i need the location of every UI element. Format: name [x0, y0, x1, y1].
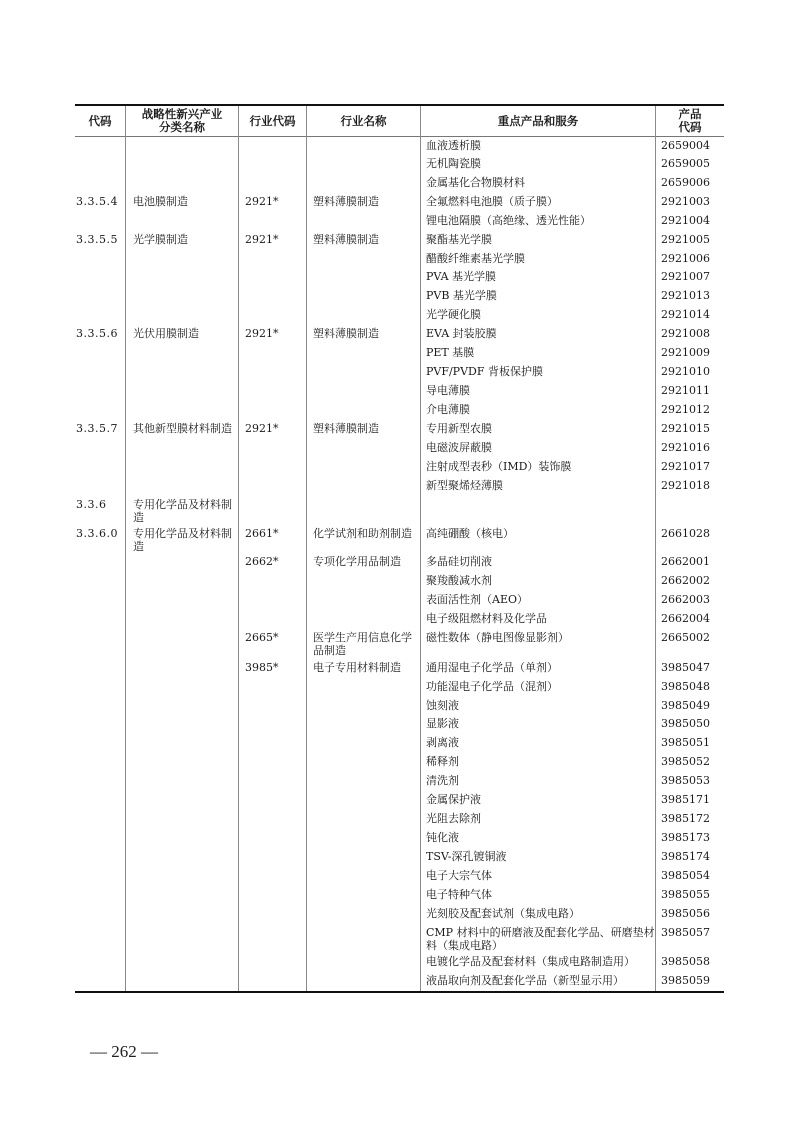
header-bottom-rule [75, 136, 724, 137]
row-product: 专用新型农膜 [426, 423, 658, 436]
row-product-code: 3985055 [661, 889, 721, 902]
row-product: 全氟燃料电池膜（质子膜） [426, 196, 658, 209]
header-industry-code: 行业代码 [239, 106, 306, 136]
row-product: 显影液 [426, 718, 658, 731]
row-product: 聚酯基光学膜 [426, 234, 658, 247]
row-category: 光学膜制造 [133, 234, 241, 247]
row-product: 通用湿电子化学品（单剂） [426, 662, 658, 675]
row-product: 无机陶瓷膜 [426, 158, 658, 171]
row-product: 稀释剂 [426, 756, 658, 769]
row-product-code: 2659006 [661, 177, 721, 190]
row-product-code: 3985049 [661, 700, 721, 713]
header-label-line: 代码 [679, 121, 702, 134]
row-product-code: 2661028 [661, 528, 721, 541]
row-product: 清洗剂 [426, 775, 658, 788]
row-product-code: 2921006 [661, 253, 721, 266]
row-product: 电子大宗气体 [426, 870, 658, 883]
column-divider [125, 106, 126, 991]
row-industry-name: 化学试剂和助剂制造 [313, 528, 421, 541]
row-industry-name: 塑料薄膜制造 [313, 423, 421, 436]
row-product-code: 2921011 [661, 385, 721, 398]
row-industry-code: 2661* [245, 528, 305, 541]
row-industry-code: 2662* [245, 556, 305, 569]
row-industry-code: 2921* [245, 234, 305, 247]
row-product-code: 2921017 [661, 461, 721, 474]
row-product: EVA 封装胶膜 [426, 328, 658, 341]
row-product-code: 2921005 [661, 234, 721, 247]
row-product: 电子级阻燃材料及化学品 [426, 613, 658, 626]
row-product-code: 2921013 [661, 290, 721, 303]
header-label: 重点产品和服务 [498, 115, 579, 128]
row-product-code: 3985048 [661, 681, 721, 694]
row-product-code: 2921008 [661, 328, 721, 341]
row-product-code: 2659005 [661, 158, 721, 171]
header-category: 战略性新兴产业 分类名称 [126, 106, 238, 136]
row-product-code: 3985051 [661, 737, 721, 750]
row-product-code: 2921012 [661, 404, 721, 417]
row-product: 光刻胶及配套试剂（集成电路） [426, 908, 658, 921]
column-divider [306, 106, 307, 991]
row-code: 3.3.5.5 [76, 234, 124, 247]
row-product-code: 3985171 [661, 794, 721, 807]
row-product: 注射成型表秒（IMD）装饰膜 [426, 461, 658, 474]
row-product-code: 2665002 [661, 632, 721, 645]
row-product-code: 2659004 [661, 140, 721, 153]
row-product: 多晶硅切削液 [426, 556, 658, 569]
row-category: 其他新型膜材料制造 [133, 423, 241, 436]
row-product-code: 3985054 [661, 870, 721, 883]
row-product: 介电薄膜 [426, 404, 658, 417]
document-page: 代码 战略性新兴产业 分类名称 行业代码 行业名称 重点产品和服务 产品 代码 … [0, 0, 793, 1122]
row-product-code: 2662003 [661, 594, 721, 607]
row-product: 高纯硼酸（核电） [426, 528, 658, 541]
row-product: 锂电池隔膜（高绝缘、透光性能） [426, 215, 658, 228]
row-industry-name: 医学生产用信息化学品制造 [313, 632, 421, 657]
row-industry-code: 2921* [245, 423, 305, 436]
row-product: PET 基膜 [426, 347, 658, 360]
row-code: 3.3.5.4 [76, 196, 124, 209]
row-category: 专用化学品及材料制造 [133, 528, 241, 553]
header-products: 重点产品和服务 [421, 106, 655, 136]
row-category: 专用化学品及材料制造 [133, 499, 241, 524]
row-product: 血液透析膜 [426, 140, 658, 153]
row-product-code: 2921003 [661, 196, 721, 209]
row-product: 金属保护液 [426, 794, 658, 807]
row-code: 3.3.6.0 [76, 528, 124, 541]
row-industry-name: 塑料薄膜制造 [313, 234, 421, 247]
row-industry-name: 塑料薄膜制造 [313, 196, 421, 209]
row-product: 表面活性剂（AEO） [426, 594, 658, 607]
row-product: PVA 基光学膜 [426, 271, 658, 284]
row-product: 金属基化合物膜材料 [426, 177, 658, 190]
header-label: 行业代码 [250, 115, 296, 128]
row-product: 导电薄膜 [426, 385, 658, 398]
row-product-code: 2921007 [661, 271, 721, 284]
row-industry-code: 2921* [245, 328, 305, 341]
row-product-code: 3985173 [661, 832, 721, 845]
row-industry-name: 专项化学用品制造 [313, 556, 421, 569]
row-product: 钝化液 [426, 832, 658, 845]
row-industry-name: 电子专用材料制造 [313, 662, 421, 675]
row-product-code: 3985057 [661, 927, 721, 940]
row-product-code: 2921010 [661, 366, 721, 379]
row-product-code: 2921004 [661, 215, 721, 228]
row-category: 光伏用膜制造 [133, 328, 241, 341]
row-product: 电镀化学品及配套材料（集成电路制造用） [426, 956, 658, 969]
row-industry-name: 塑料薄膜制造 [313, 328, 421, 341]
row-code: 3.3.5.6 [76, 328, 124, 341]
row-product-code: 3985047 [661, 662, 721, 675]
row-industry-code: 2665* [245, 632, 305, 645]
row-product-code: 3985052 [661, 756, 721, 769]
header-product-code: 产品 代码 [656, 106, 724, 136]
row-product-code: 3985050 [661, 718, 721, 731]
row-product: 电磁波屏蔽膜 [426, 442, 658, 455]
table-bottom-rule [75, 991, 724, 993]
row-product-code: 3985174 [661, 851, 721, 864]
row-product-code: 2662004 [661, 613, 721, 626]
header-label-line: 分类名称 [159, 121, 205, 134]
row-product: CMP 材料中的研磨液及配套化学品、研磨垫材料（集成电路） [426, 927, 658, 952]
row-product: 液晶取向剂及配套化学品（新型显示用） [426, 975, 658, 988]
row-product-code: 3985172 [661, 813, 721, 826]
row-product-code: 2662002 [661, 575, 721, 588]
row-product-code: 2921018 [661, 480, 721, 493]
row-product: 磁性数体（静电图像显影剂） [426, 632, 658, 645]
row-code: 3.3.6 [76, 499, 124, 512]
row-category: 电池膜制造 [133, 196, 241, 209]
row-product: TSV-深孔镀铜液 [426, 851, 658, 864]
row-product: 醋酸纤维素基光学膜 [426, 253, 658, 266]
row-product: 光学硬化膜 [426, 309, 658, 322]
row-product: PVF/PVDF 背板保护膜 [426, 366, 658, 379]
row-product-code: 3985059 [661, 975, 721, 988]
row-product-code: 2921016 [661, 442, 721, 455]
header-code: 代码 [75, 106, 125, 136]
row-industry-code: 2921* [245, 196, 305, 209]
row-product-code: 2921014 [661, 309, 721, 322]
row-product-code: 3985058 [661, 956, 721, 969]
row-product-code: 2662001 [661, 556, 721, 569]
header-label: 代码 [89, 115, 112, 128]
row-product: PVB 基光学膜 [426, 290, 658, 303]
row-industry-code: 3985* [245, 662, 305, 675]
row-product-code: 2921015 [661, 423, 721, 436]
row-product-code: 3985056 [661, 908, 721, 921]
row-product-code: 2921009 [661, 347, 721, 360]
row-product: 光阻去除剂 [426, 813, 658, 826]
row-product: 聚羧酸减水剂 [426, 575, 658, 588]
header-label: 行业名称 [341, 115, 387, 128]
row-product: 电子特种气体 [426, 889, 658, 902]
row-code: 3.3.5.7 [76, 423, 124, 436]
row-product: 蚀刻液 [426, 700, 658, 713]
row-product: 剥离液 [426, 737, 658, 750]
row-product-code: 3985053 [661, 775, 721, 788]
header-industry-name: 行业名称 [307, 106, 420, 136]
page-number: — 262 — [90, 1042, 158, 1062]
row-product: 功能湿电子化学品（混剂） [426, 681, 658, 694]
row-product: 新型聚烯烃薄膜 [426, 480, 658, 493]
